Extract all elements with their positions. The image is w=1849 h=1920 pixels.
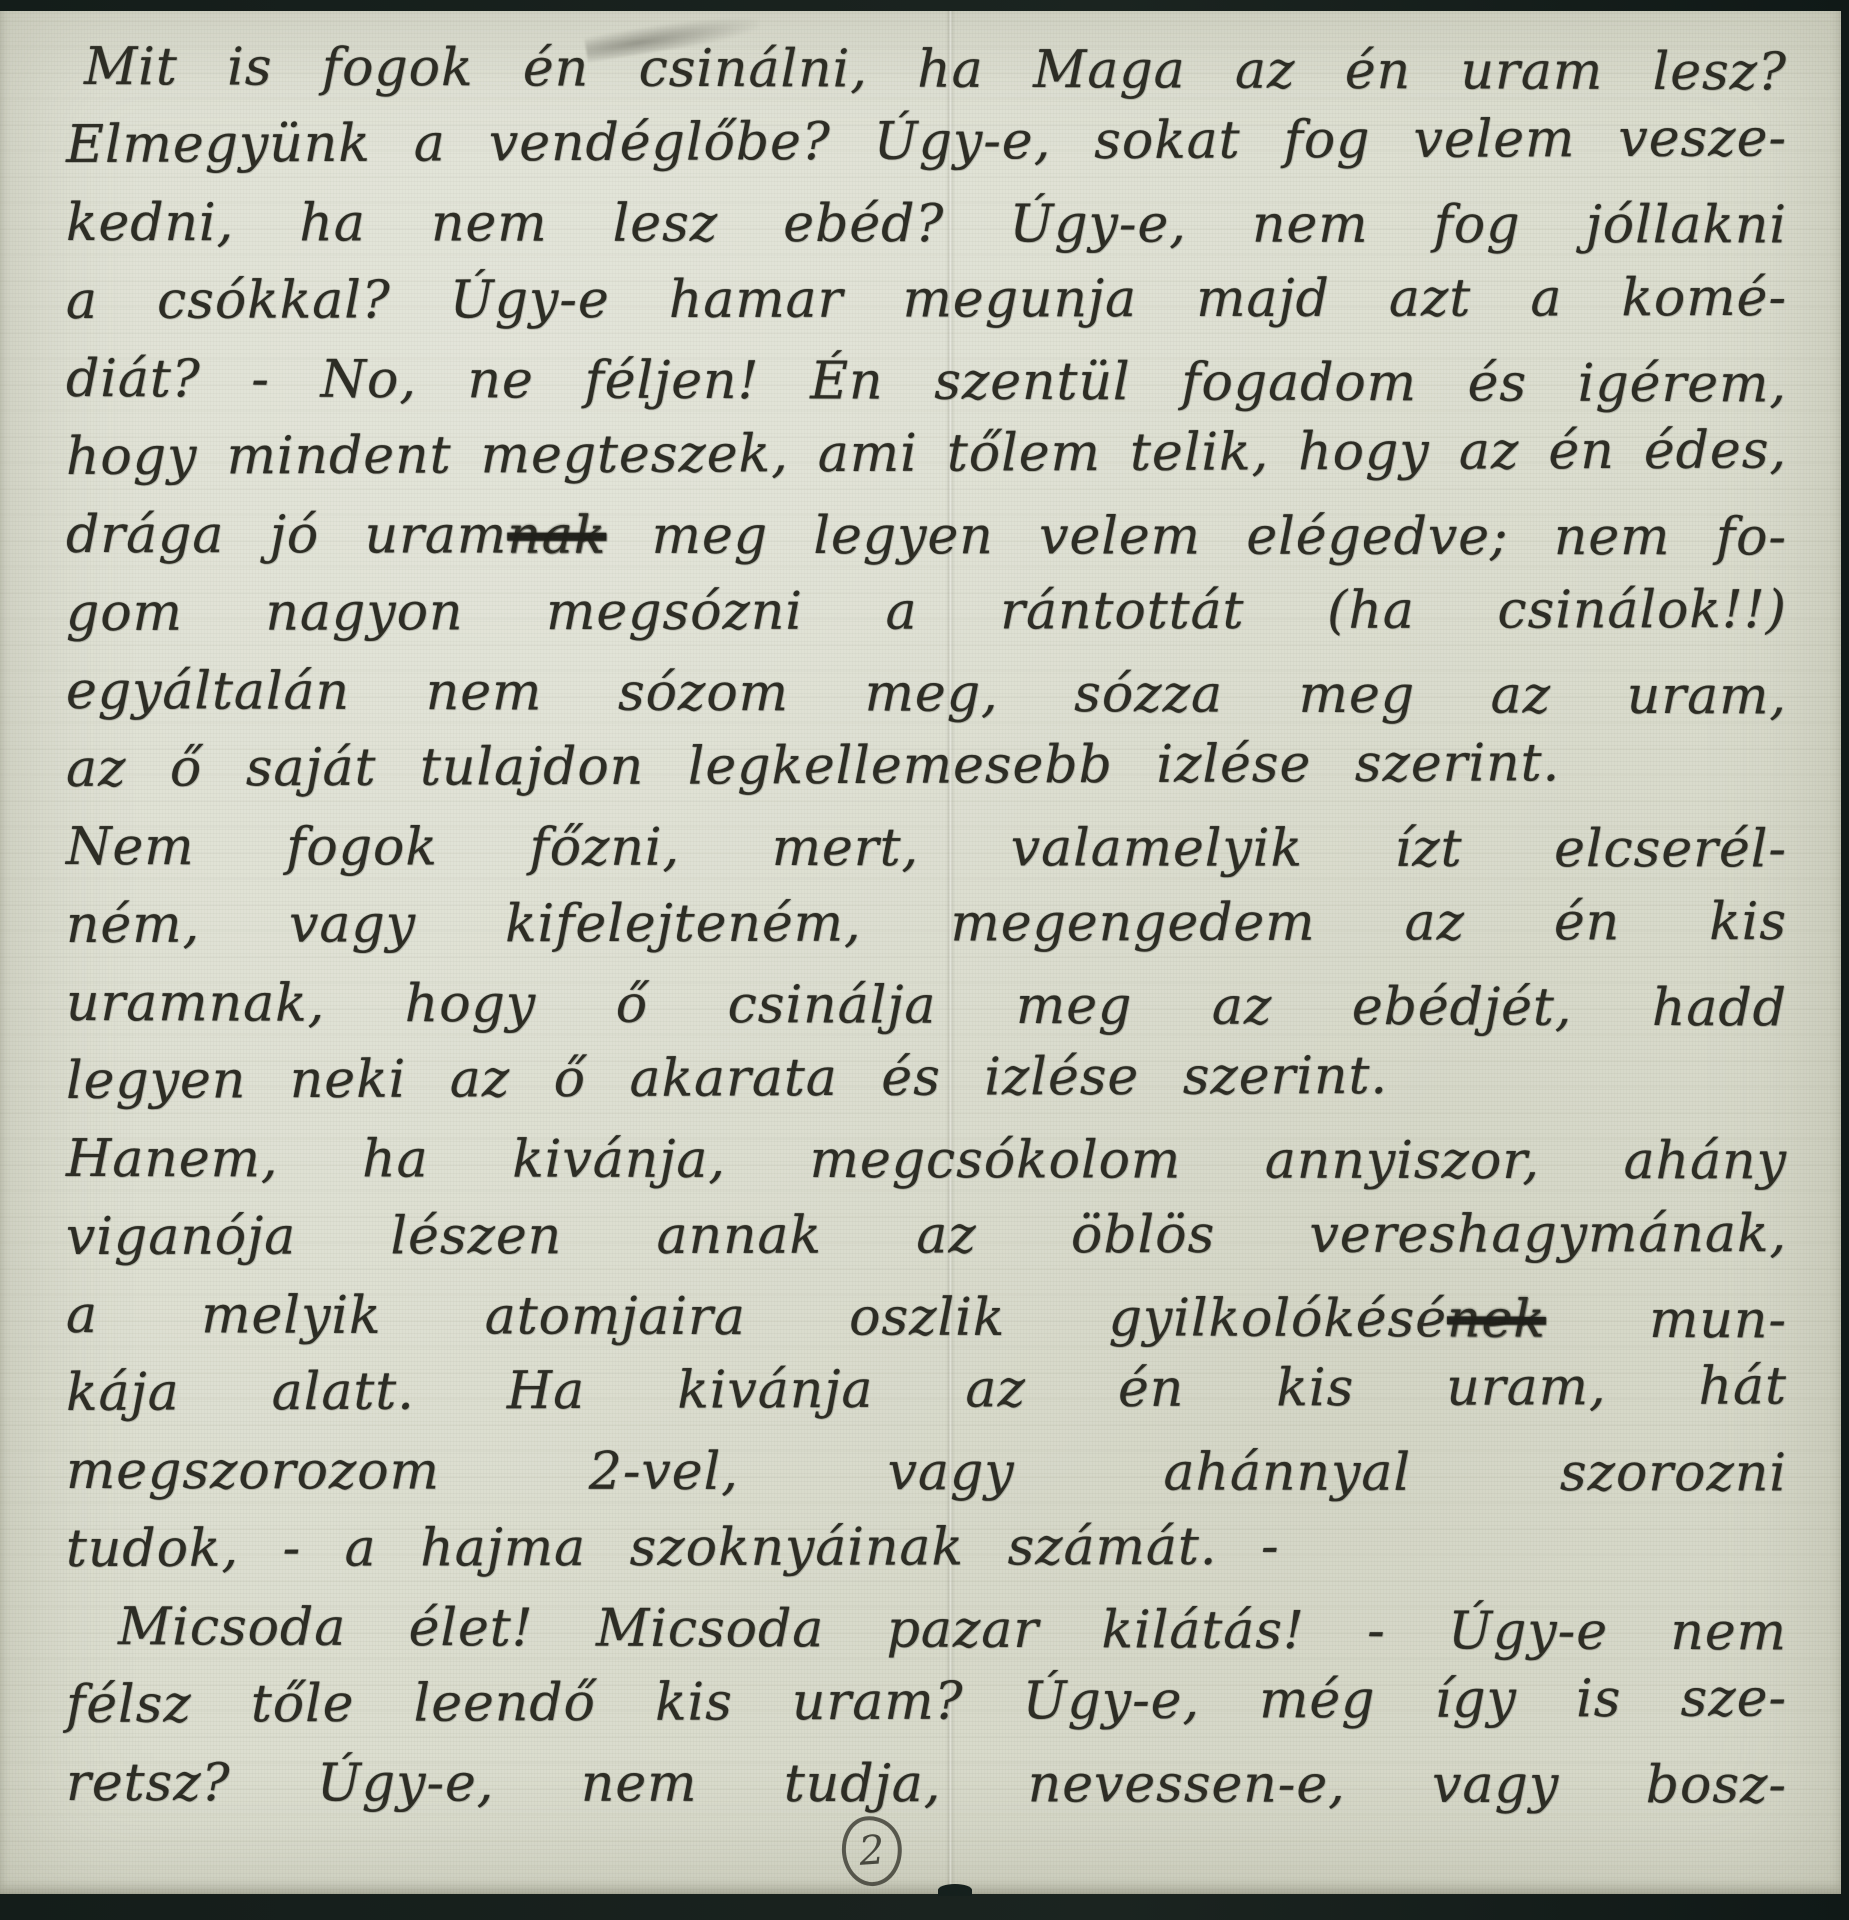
handwritten-line: kedni, ha nem lesz ebéd? Úgy-e, nem fog …: [66, 183, 1787, 263]
line-text: viganója lészen annak az öblös vereshagy…: [66, 1204, 1787, 1267]
line-text: gom nagyon megsózni a rántottát (ha csin…: [66, 580, 1787, 643]
line-text: a csókkal? Úgy-e hamar megunja majd azt …: [66, 268, 1787, 331]
handwritten-line: gom nagyon megsózni a rántottát (ha csin…: [66, 570, 1787, 651]
line-text: legyen neki az ő akarata és izlése szeri…: [66, 1046, 1388, 1111]
line-text: uramnak, hogy ő csinálja meg az ebédjét,…: [66, 973, 1787, 1038]
struck-word: nak: [507, 506, 606, 566]
handwritten-line: a csókkal? Úgy-e hamar megunja majd azt …: [66, 258, 1787, 339]
line-text: a melyik atomjaira oszlik gyilkolókésé: [66, 1285, 1447, 1349]
handwritten-line: drága jó uramnak meg legyen velem eléged…: [66, 495, 1787, 575]
handwritten-line: legyen neki az ő akarata és izlése szeri…: [66, 1034, 1787, 1119]
line-text: mun-: [1546, 1290, 1787, 1351]
line-text: drága jó uram: [66, 505, 507, 566]
paper-edge-notch: [938, 1884, 972, 1896]
handwritten-line: retsz? Úgy-e, nem tudja, nevessen-e, vag…: [66, 1743, 1787, 1823]
handwritten-line: az ő saját tulajdon legkellemesebb izlés…: [66, 722, 1787, 807]
page-number: 2: [858, 1827, 887, 1875]
line-text: Nem fogok főzni, mert, valamelyik ízt el…: [66, 817, 1787, 879]
page-number-circle: 2: [838, 1813, 906, 1890]
line-text: megszorozom 2-vel, vagy ahánnyal szorozn…: [66, 1441, 1787, 1503]
handwritten-line: Elmegyünk a vendéglőbe? Úgy-e, sokat fog…: [66, 98, 1787, 183]
handwritten-line: hogy mindent megteszek, ami tőlem telik,…: [66, 410, 1787, 495]
handwritten-line: ném, vagy kifelejteném, megengedem az én…: [66, 882, 1787, 963]
scan-background: Mit is fogok én csinálni, ha Maga az én …: [0, 0, 1849, 1920]
line-text: Elmegyünk a vendéglőbe? Úgy-e, sokat fog…: [66, 108, 1787, 175]
handwritten-line: félsz tőle leendő kis uram? Úgy-e, még í…: [66, 1658, 1787, 1743]
handwritten-line: kája alatt. Ha kivánja az én kis uram, h…: [66, 1346, 1787, 1431]
handwritten-line: viganója lészen annak az öblös vereshagy…: [66, 1194, 1787, 1275]
handwritten-line: Nem fogok főzni, mert, valamelyik ízt el…: [66, 807, 1787, 887]
line-text: kája alatt. Ha kivánja az én kis uram, h…: [66, 1356, 1787, 1423]
handwritten-line: egyáltalán nem sózom meg, sózza meg az u…: [66, 651, 1787, 734]
letter-paper: Mit is fogok én csinálni, ha Maga az én …: [0, 11, 1841, 1894]
line-text: kedni, ha nem lesz ebéd? Úgy-e, nem fog …: [66, 193, 1787, 255]
line-text: diát? - No, ne féljen! Én szentül fogado…: [66, 349, 1787, 414]
handwritten-line: tudok, - a hajma szoknyáinak számát. -: [66, 1506, 1787, 1587]
line-text: Mit is fogok én csinálni, ha Maga az én …: [84, 37, 1787, 102]
handwritten-line: Micsoda élet! Micsoda pazar kilátás! - Ú…: [66, 1587, 1787, 1670]
line-text: ném, vagy kifelejteném, megengedem az én…: [66, 892, 1787, 955]
line-text: retsz? Úgy-e, nem tudja, nevessen-e, vag…: [66, 1753, 1787, 1815]
line-text: hogy mindent megteszek, ami tőlem telik,…: [66, 420, 1787, 487]
struck-word: nek: [1447, 1289, 1546, 1349]
handwriting-lines: Mit is fogok én csinálni, ha Maga az én …: [66, 27, 1787, 1821]
handwritten-line: Hanem, ha kivánja, megcsókolom annyiszor…: [66, 1119, 1787, 1199]
line-text: tudok, - a hajma szoknyáinak számát. -: [66, 1517, 1280, 1579]
line-text: egyáltalán nem sózom meg, sózza meg az u…: [66, 661, 1787, 726]
line-text: az ő saját tulajdon legkellemesebb izlés…: [66, 733, 1560, 799]
line-text: Hanem, ha kivánja, megcsókolom annyiszor…: [66, 1129, 1787, 1191]
handwritten-line: Mit is fogok én csinálni, ha Maga az én …: [66, 27, 1787, 110]
handwritten-line: a melyik atomjaira oszlik gyilkolókéséne…: [66, 1275, 1787, 1358]
line-text: félsz tőle leendő kis uram? Úgy-e, még í…: [66, 1668, 1787, 1735]
handwritten-line: megszorozom 2-vel, vagy ahánnyal szorozn…: [66, 1431, 1787, 1511]
line-text: Micsoda élet! Micsoda pazar kilátás! - Ú…: [118, 1597, 1787, 1662]
handwritten-line: uramnak, hogy ő csinálja meg az ebédjét,…: [66, 963, 1787, 1046]
line-text: meg legyen velem elégedve; nem fo-: [606, 506, 1787, 568]
handwritten-line: diát? - No, ne féljen! Én szentül fogado…: [66, 339, 1787, 422]
